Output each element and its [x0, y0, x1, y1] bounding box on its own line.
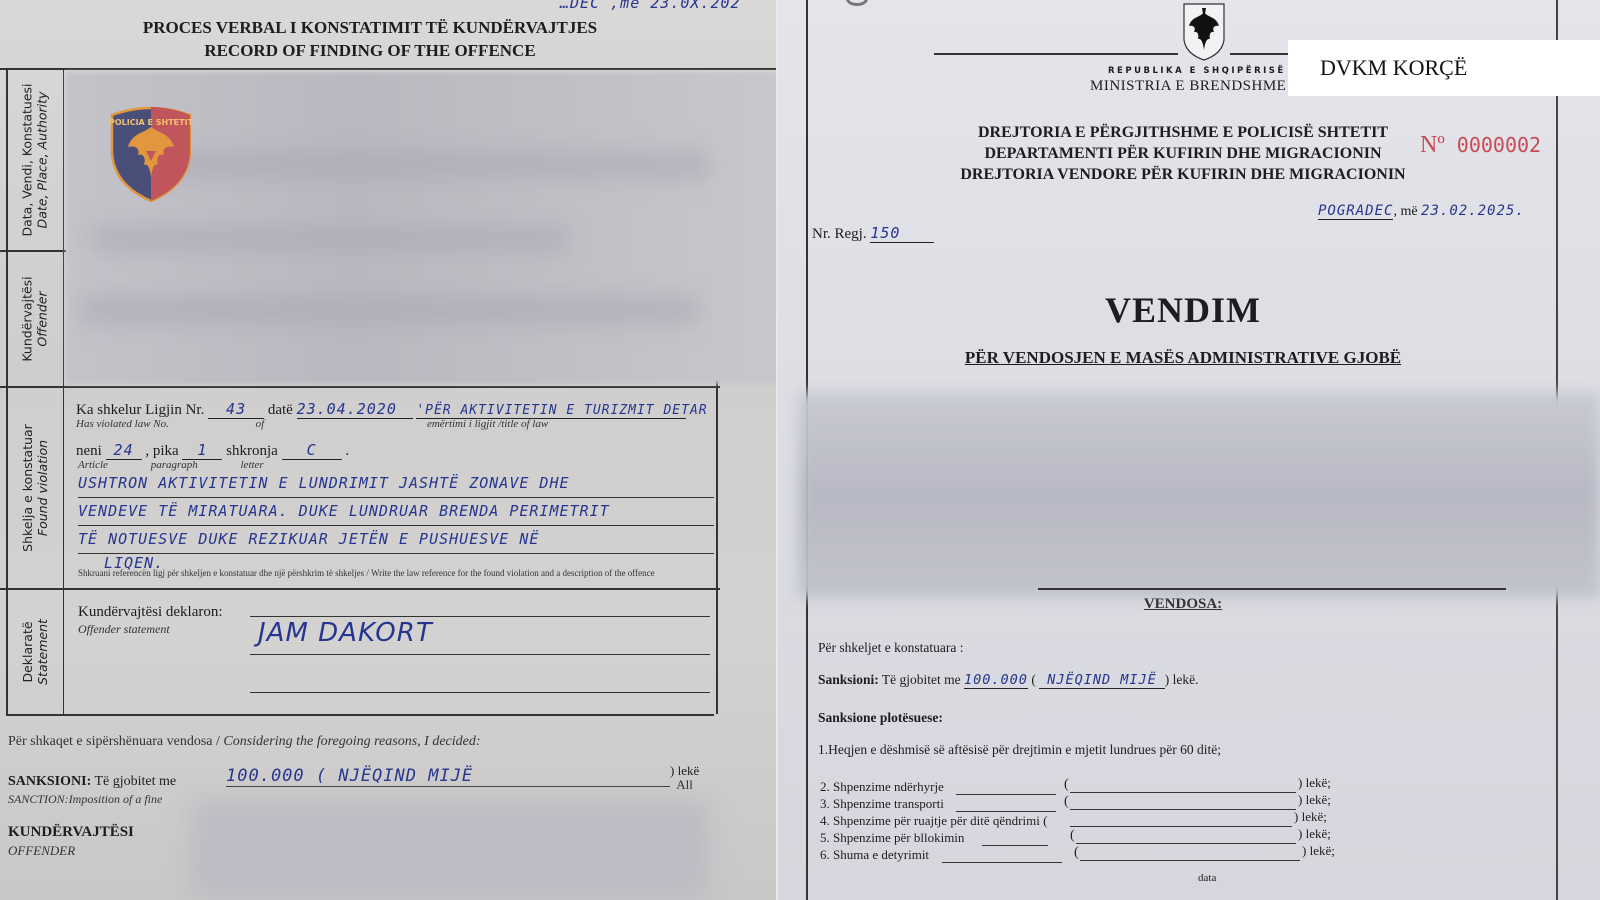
caption: letter — [241, 459, 264, 471]
binder-ring-icon — [846, 0, 868, 6]
place-date-line: POGRADEC, më 23.02.2025. — [1318, 203, 1525, 220]
header-line: DREJTORIA VENDORE PËR KUFIRIN DHE MIGRAC… — [778, 166, 1588, 184]
sanction-text: Të gjobitet me — [91, 774, 176, 789]
top-place-date-handwriting: …DEC ,me 23.0X.202 — [560, 0, 741, 12]
sanction-currency: ) lekëAll — [670, 764, 699, 792]
sanction-amount-field[interactable]: 100.000 ( NJËQIND MIJË — [226, 766, 670, 787]
offence-record-document: …DEC ,me 23.0X.202 PROCES VERBAL I KONST… — [0, 0, 793, 900]
decided-heading: VENDOSA: — [778, 596, 1588, 613]
registry-label: Nr. Regj. — [812, 226, 867, 242]
row-divider — [0, 588, 720, 590]
statement-label-en: Offender statement — [78, 622, 170, 637]
row-label-date-place: Data, Vendi, KonstatuesiDate, Place, Aut… — [6, 70, 64, 250]
law-reference-line: Ka shkelur Ligjin Nr. 43 datë 23.04.2020… — [76, 400, 686, 419]
law-number-field[interactable]: 43 — [208, 400, 264, 419]
currency-sq: ) lekë — [670, 764, 699, 778]
supplementary-label: Sanksione plotësuese: — [818, 710, 943, 726]
article-line: neni 24 , pika 1 shkronja C . — [76, 441, 349, 460]
decision-subtitle: PËR VENDOSJEN E MASËS ADMINISTRATIVE GJO… — [778, 348, 1588, 368]
article-field[interactable]: 24 — [106, 441, 142, 460]
date-field[interactable]: 23.02.2025. — [1421, 203, 1525, 219]
republic-label: REPUBLIKA E SHQIPËRISË — [1108, 66, 1286, 76]
row-label-sq: Kundërvajtësi — [20, 276, 35, 361]
sanction-label-en: SANCTION:Imposition of a fine — [8, 792, 162, 807]
row-label-offender: KundërvajtësiOffender — [6, 252, 64, 386]
decision-intro: Për shkaqet e sipërshënuara vendosa / Co… — [8, 734, 481, 750]
decision-intro-en: Considering the foregoing reasons, I dec… — [223, 734, 480, 749]
expense-currency: ) lekë; — [1298, 792, 1331, 808]
expense-amount-field[interactable] — [1070, 792, 1296, 793]
table-right-border — [716, 380, 718, 714]
expense-currency: ) lekë; — [1298, 775, 1331, 791]
paren: ( — [1070, 828, 1075, 844]
expense-amount-field[interactable] — [1070, 826, 1292, 827]
sanction-text: Të gjobitet me — [879, 672, 964, 687]
date-prefix: , më — [1393, 204, 1417, 219]
sanction-label: Sanksioni: — [818, 672, 879, 687]
section-rule — [1038, 588, 1506, 590]
caption: emërtimi i ligjit /title of law — [427, 418, 548, 430]
ministry-label: MINISTRIA E BRENDSHME — [1090, 78, 1286, 95]
row-label-sq: Data, Vendi, Konstatuesi — [20, 83, 35, 236]
expense-currency: ) lekë; — [1298, 826, 1331, 842]
row-label-sq: Deklaratë — [20, 621, 35, 682]
expense-blank-line — [942, 862, 1062, 863]
statement-label: Kundërvajtësi deklaron: — [78, 604, 223, 621]
expense-item-label: 4. Shpenzime për ruajtje për ditë qëndri… — [820, 813, 1047, 829]
caption: of — [256, 418, 265, 430]
redacted-personal-data — [798, 392, 1600, 598]
supplementary-item: 1.Heqjen e dëshmisë së aftësisë për drej… — [818, 742, 1221, 758]
redacted-text-strip — [150, 150, 710, 180]
sanction-words-field[interactable]: NJËQIND MIJË — [1039, 672, 1165, 689]
violation-description-line[interactable]: TË NOTUESVE DUKE REZIKUAR JETËN E PUSHUE… — [78, 530, 714, 554]
offender-label-en: OFFENDER — [8, 843, 75, 859]
dvkm-overlay-label: DVKM KORÇË — [1288, 40, 1600, 96]
statement-line — [250, 692, 710, 693]
expense-blank-line — [956, 811, 1056, 812]
expense-item-label: 6. Shuma e detyrimit — [820, 847, 929, 863]
violation-description-line[interactable]: VENDEVE TË MIRATUARA. DUKE LUNDRUAR BREN… — [78, 502, 714, 526]
paragraph-label: , pika — [145, 443, 178, 459]
header-rule — [934, 53, 1178, 55]
caption: Has violated law No. — [76, 418, 169, 430]
serial-prefix: Nº — [1420, 132, 1445, 158]
offender-label: KUNDËRVAJTËSI — [8, 824, 134, 841]
expense-currency: ) lekë; — [1302, 843, 1335, 859]
violation-instruction: Shkruani referencën ligj për shkeljen e … — [78, 568, 655, 578]
currency-en: All — [670, 778, 699, 792]
statement-line — [250, 654, 710, 655]
offender-statement-field[interactable]: JAM DAKORT — [258, 618, 433, 648]
decision-document: REPUBLIKA E SHQIPËRISË MINISTRIA E BREND… — [778, 0, 1600, 900]
row-label-en: Statement — [35, 619, 50, 685]
record-title-sq: PROCES VERBAL I KONSTATIMIT TË KUNDËRVAJ… — [0, 18, 740, 38]
paragraph-field[interactable]: 1 — [182, 441, 222, 460]
law-title-field[interactable]: 'PËR AKTIVITETIN E TURIZMIT DETAR — [416, 403, 686, 419]
row-label-statement: DeklaratëStatement — [6, 590, 64, 714]
serial-value: 0000002 — [1457, 133, 1541, 157]
article-captions: Article paragraph letter — [78, 459, 264, 471]
law-date-field[interactable]: 23.04.2020 — [297, 400, 413, 419]
sanction-amount-field[interactable]: 100.000 — [964, 672, 1028, 689]
paren: ( — [1074, 845, 1079, 861]
place-field[interactable]: POGRADEC — [1318, 203, 1393, 220]
violations-label: Për shkeljet e konstatuara : — [818, 640, 963, 656]
law-label: Ka shkelur Ligjin Nr. — [76, 402, 204, 418]
redacted-text-strip — [80, 295, 700, 325]
sanction-line: Sanksioni: Të gjobitet me 100.000 ( NJËQ… — [818, 672, 1198, 689]
svg-text:POLICIA E SHTETIT: POLICIA E SHTETIT — [110, 118, 192, 127]
expense-item-label: 2. Shpenzime ndërhyrje — [820, 779, 944, 795]
sanction-currency: ) lekë. — [1165, 672, 1199, 687]
registry-number-field[interactable]: 150 — [870, 224, 934, 243]
caption: Article — [78, 459, 108, 471]
registry-number-line: Nr. Regj. 150 — [812, 224, 934, 243]
redacted-text-strip — [90, 225, 570, 253]
expense-amount-field[interactable] — [1070, 809, 1296, 810]
caption: paragraph — [151, 459, 198, 471]
row-divider — [0, 386, 720, 388]
decision-title: VENDIM — [778, 289, 1588, 331]
albanian-coat-of-arms-icon — [1182, 2, 1226, 62]
expense-item-label: 5. Shpenzime për bllokimin — [820, 830, 964, 846]
law-date-label: datë — [268, 402, 293, 418]
letter-field[interactable]: C — [282, 441, 342, 460]
decision-intro-sq: Për shkaqet e sipërshënuara vendosa / — [8, 734, 223, 749]
expense-currency: ) lekë; — [1294, 809, 1327, 825]
expense-blank-line — [982, 845, 1048, 846]
paren: ( — [1064, 777, 1069, 793]
violation-description-line[interactable]: USHTRON AKTIVITETIN E LUNDRIMIT JASHTË Z… — [78, 474, 714, 498]
statement-line — [250, 616, 710, 617]
row-label-sq: Shkelja e konstatuar — [20, 424, 35, 552]
row-label-found-violation: Shkelja e konstatuarFound violation — [6, 388, 64, 588]
table-top-border — [0, 68, 780, 70]
record-title-en: RECORD OF FINDING OF THE OFFENCE — [0, 41, 740, 61]
letter-label: shkronja — [226, 443, 278, 459]
law-reference-captions: Has violated law No. of emërtimi i ligji… — [76, 418, 548, 430]
serial-number: Nº0000002 — [1420, 132, 1541, 159]
expense-blank-line — [956, 794, 1056, 795]
expense-amount-field[interactable] — [1076, 843, 1296, 844]
redacted-signature-area — [190, 800, 710, 900]
sanction-label: SANKSIONI: Të gjobitet me — [8, 774, 176, 790]
row-label-en: Offender — [35, 276, 50, 361]
row-label-en: Date, Place, Authority — [35, 83, 50, 236]
table-bottom-border — [6, 714, 714, 716]
expense-amount-field[interactable] — [1080, 860, 1300, 861]
police-shield-eagle-icon: POLICIA E SHTETIT — [110, 103, 192, 203]
row-label-en: Found violation — [35, 424, 50, 552]
expense-item-label: 3. Shpenzime transporti — [820, 796, 944, 812]
paren: ( — [1064, 794, 1069, 810]
article-label: neni — [76, 443, 102, 459]
sanction-label-bold: SANKSIONI: — [8, 774, 91, 789]
date-footer-label: data — [1198, 872, 1216, 884]
